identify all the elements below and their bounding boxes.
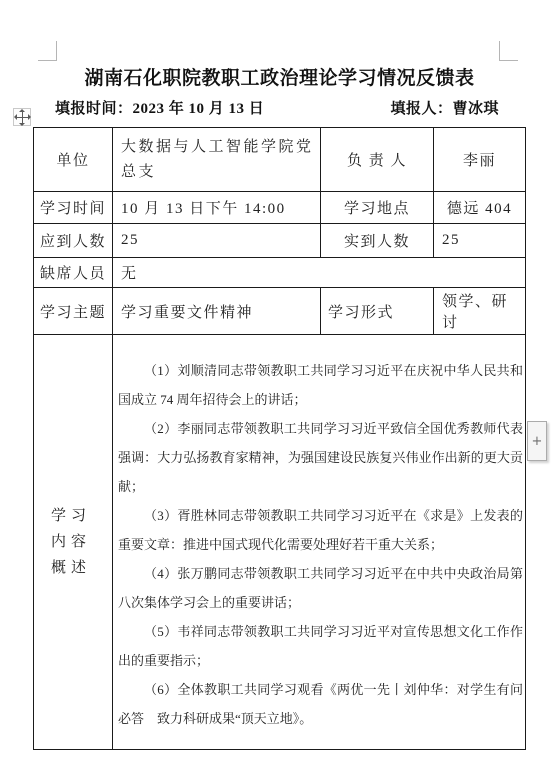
summary-paragraph: （5）韦祥同志带领教职工共同学习习近平对宣传思想文化工作作出的重要指示； bbox=[118, 617, 523, 675]
document-title: 湖南石化职院教职工政治理论学习情况反馈表 bbox=[0, 63, 559, 90]
table-row: 缺席人员 无 bbox=[34, 258, 526, 288]
expected-count-label: 应到人数 bbox=[34, 224, 113, 258]
unit-value: 大数据与人工智能学院党总支 bbox=[113, 128, 321, 192]
unit-label: 单位 bbox=[34, 128, 113, 192]
topic-value: 学习重要文件精神 bbox=[113, 288, 321, 335]
expected-count-value: 25 bbox=[113, 224, 321, 258]
reporter-text: 填报人：曹冰琪 bbox=[390, 97, 499, 118]
summary-paragraph: （4）张万鹏同志带领教职工共同学习习近平在中共中央政治局第八次集体学习会上的重要… bbox=[118, 559, 523, 617]
summary-content: （1）刘顺清同志带领教职工共同学习习近平在庆祝中华人民共和国成立 74 周年招待… bbox=[113, 335, 526, 750]
table-row: 学习时间 10 月 13 日下午 14:00 学习地点 德远 404 bbox=[34, 192, 526, 224]
study-place-value: 德远 404 bbox=[434, 192, 526, 224]
four-way-move-icon bbox=[17, 112, 28, 123]
leader-label: 负 责 人 bbox=[321, 128, 434, 192]
summary-paragraph: （2）李丽同志带领教职工共同学习习近平致信全国优秀教师代表强调：大力弘扬教育家精… bbox=[118, 414, 523, 501]
study-time-label: 学习时间 bbox=[34, 192, 113, 224]
page-margin-crop-mark-top-right bbox=[499, 41, 518, 61]
study-time-value: 10 月 13 日下午 14:00 bbox=[113, 192, 321, 224]
table-row: 学习内容概述 （1）刘顺清同志带领教职工共同学习习近平在庆祝中华人民共和国成立 … bbox=[34, 335, 526, 750]
absent-value: 无 bbox=[113, 258, 526, 288]
summary-paragraph: （6）全体教职工共同学习观看《两优一先丨刘仲华：对学生有问必答 致力科研成果“顶… bbox=[118, 675, 523, 733]
summary-paragraph: （1）刘顺清同志带领教职工共同学习习近平在庆祝中华人民共和国成立 74 周年招待… bbox=[118, 356, 523, 414]
study-form-value: 领学、研讨 bbox=[434, 288, 526, 335]
plus-icon: + bbox=[532, 434, 543, 449]
study-place-label: 学习地点 bbox=[321, 192, 434, 224]
topic-label: 学习主题 bbox=[34, 288, 113, 335]
summary-paragraph: （3）胥胜林同志带领教职工共同学习习近平在《求是》上发表的重要文章：推进中国式现… bbox=[118, 501, 523, 559]
study-form-label: 学习形式 bbox=[321, 288, 434, 335]
table-row: 应到人数 25 实到人数 25 bbox=[34, 224, 526, 258]
actual-count-value: 25 bbox=[434, 224, 526, 258]
report-time-text: 填报时间：2023 年 10 月 13 日 bbox=[55, 97, 264, 118]
report-meta-row: 填报时间：2023 年 10 月 13 日 填报人：曹冰琪 bbox=[55, 97, 499, 118]
summary-label: 学习内容概述 bbox=[34, 335, 113, 750]
leader-value: 李丽 bbox=[434, 128, 526, 192]
table-row: 学习主题 学习重要文件精神 学习形式 领学、研讨 bbox=[34, 288, 526, 335]
absent-label: 缺席人员 bbox=[34, 258, 113, 288]
actual-count-label: 实到人数 bbox=[321, 224, 434, 258]
page-margin-crop-mark-top-left bbox=[38, 41, 57, 61]
table-row: 单位 大数据与人工智能学院党总支 负 责 人 李丽 bbox=[34, 128, 526, 192]
feedback-form-table: 单位 大数据与人工智能学院党总支 负 责 人 李丽 学习时间 10 月 13 日… bbox=[33, 127, 526, 750]
insert-plus-button[interactable]: + bbox=[527, 421, 547, 461]
table-move-handle[interactable] bbox=[13, 108, 31, 126]
